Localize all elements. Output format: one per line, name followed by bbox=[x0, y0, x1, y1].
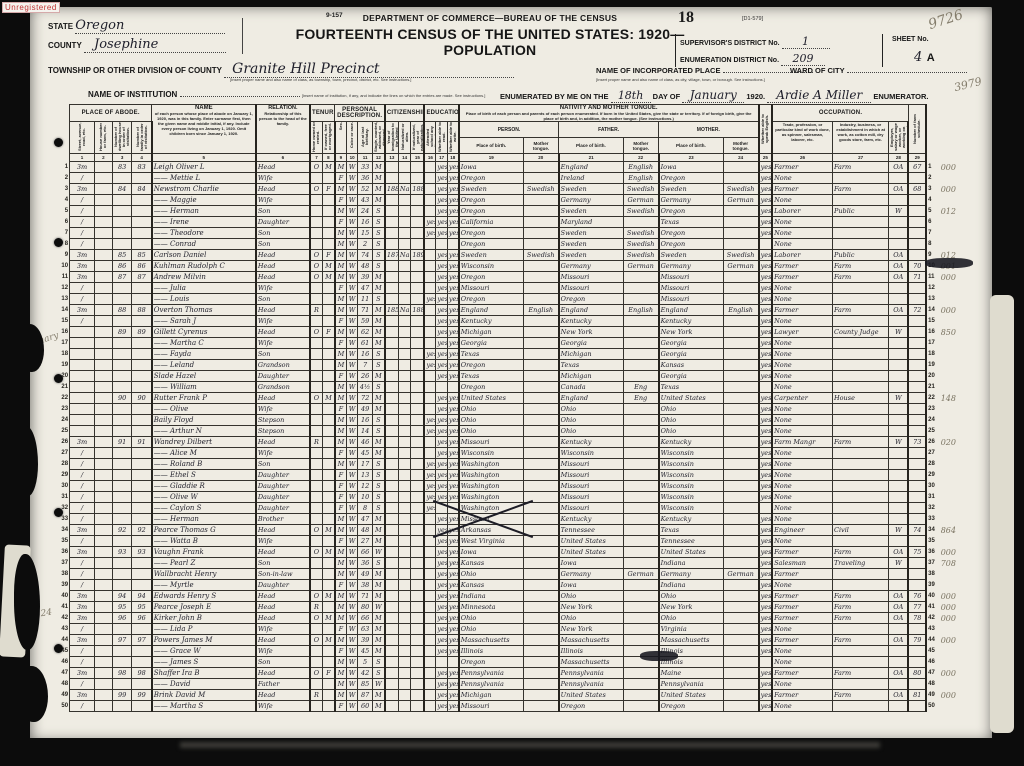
cell-col-6: Wife bbox=[256, 338, 310, 349]
cell-col-27 bbox=[832, 415, 888, 426]
cell-col-2 bbox=[95, 404, 113, 415]
cell-col-14 bbox=[398, 404, 410, 415]
cell-col-27: Farm bbox=[832, 162, 888, 173]
cell-col-26: Farmer bbox=[772, 591, 832, 602]
cell-col-22 bbox=[623, 635, 658, 646]
table-row: 30/—— Gladdie RDaughterFW12SyesyesyesWas… bbox=[55, 481, 967, 492]
cell-col-28 bbox=[889, 217, 909, 228]
cell-col-6: Son bbox=[256, 459, 310, 470]
line-number-right: 1 bbox=[926, 162, 940, 173]
cell-col-9: F bbox=[335, 701, 346, 712]
cell-col-6: Wife bbox=[256, 316, 310, 327]
cell-col-8: M bbox=[322, 393, 334, 404]
cell-col-29 bbox=[908, 679, 926, 690]
cell-col-26: None bbox=[772, 239, 832, 250]
cell-col-3: 91 bbox=[112, 437, 132, 448]
cell-col-28: OA bbox=[889, 635, 909, 646]
cell-col-9: M bbox=[335, 327, 346, 338]
cell-col-10: W bbox=[346, 349, 357, 360]
cell-col-2 bbox=[95, 206, 113, 217]
cell-col-18: yes bbox=[447, 459, 458, 470]
cell-col-14 bbox=[398, 338, 410, 349]
cell-col-1 bbox=[70, 360, 95, 371]
cell-col-23: Georgia bbox=[659, 349, 724, 360]
cell-col-27 bbox=[832, 569, 888, 580]
col-industry: Industry, business, or establishment in … bbox=[832, 122, 888, 154]
column-number: 17 bbox=[436, 154, 447, 162]
table-row: 28/—— Roland BSonMW17SyesyesyesWashingto… bbox=[55, 459, 967, 470]
line-number-right: 43 bbox=[926, 624, 940, 635]
cell-col-1: / bbox=[70, 558, 95, 569]
cell-col-13: 1871 bbox=[385, 250, 399, 261]
cell-col-29 bbox=[908, 338, 926, 349]
cell-col-26: None bbox=[772, 470, 832, 481]
cell-col-21: Germany bbox=[559, 195, 624, 206]
cell-col-20: Swedish bbox=[523, 184, 558, 195]
ward-label: WARD OF CITY bbox=[790, 66, 845, 75]
cell-col-5: —— Alice M bbox=[152, 448, 256, 459]
cell-col-11: 16 bbox=[358, 217, 373, 228]
table-row: 12/—— JuliaWifeFW47MyesyesMissouriMissou… bbox=[55, 283, 967, 294]
cell-col-10: W bbox=[346, 635, 357, 646]
cell-col-26: None bbox=[772, 580, 832, 591]
cell-col-21: Wisconsin bbox=[559, 448, 624, 459]
cell-col-24 bbox=[723, 492, 758, 503]
cell-col-29: 74 bbox=[908, 525, 926, 536]
pencil-margin-number bbox=[940, 646, 967, 657]
cell-col-1: / bbox=[70, 514, 95, 525]
cell-col-18: yes bbox=[447, 580, 458, 591]
cell-col-20 bbox=[523, 393, 558, 404]
pencil-margin-number bbox=[940, 657, 967, 668]
cell-col-23: Wisconsin bbox=[659, 470, 724, 481]
cell-col-18: yes bbox=[447, 338, 458, 349]
cell-col-20 bbox=[523, 195, 558, 206]
line-number-right: 3 bbox=[926, 184, 940, 195]
cell-col-19: Washington bbox=[459, 470, 524, 481]
cell-col-25: yes bbox=[759, 558, 773, 569]
column-number: 28 bbox=[889, 154, 909, 162]
cell-col-2 bbox=[95, 228, 113, 239]
cell-col-4 bbox=[132, 470, 152, 481]
cell-col-10: W bbox=[346, 316, 357, 327]
cell-col-3 bbox=[112, 470, 132, 481]
cell-col-2 bbox=[95, 382, 113, 393]
cell-col-24 bbox=[723, 415, 758, 426]
cell-col-16 bbox=[424, 602, 435, 613]
cell-col-12: M bbox=[372, 635, 385, 646]
cell-col-27 bbox=[832, 217, 888, 228]
cell-col-6: Head bbox=[256, 591, 310, 602]
cell-col-18: yes bbox=[447, 547, 458, 558]
cell-col-7 bbox=[310, 459, 322, 470]
cell-col-3 bbox=[112, 514, 132, 525]
cell-col-15 bbox=[411, 360, 425, 371]
cell-col-27: Civil bbox=[832, 525, 888, 536]
county-label: COUNTY bbox=[48, 41, 82, 50]
cell-col-2 bbox=[95, 580, 113, 591]
cell-col-29 bbox=[908, 195, 926, 206]
cell-col-12: M bbox=[372, 305, 385, 316]
cell-col-5: —— Theodore bbox=[152, 228, 256, 239]
group-nativity: NATIVITY AND MOTHER TONGUE.Place of birt… bbox=[459, 105, 759, 122]
cell-col-3 bbox=[112, 283, 132, 294]
cell-col-16: yes bbox=[424, 360, 435, 371]
cell-col-1: / bbox=[70, 580, 95, 591]
cell-col-20 bbox=[523, 668, 558, 679]
cell-col-14 bbox=[398, 261, 410, 272]
cell-col-9: F bbox=[335, 404, 346, 415]
cell-col-3 bbox=[112, 349, 132, 360]
cell-col-28 bbox=[889, 283, 909, 294]
cell-col-12: S bbox=[372, 217, 385, 228]
cell-col-3: 98 bbox=[112, 668, 132, 679]
cell-col-15 bbox=[411, 294, 425, 305]
cell-col-6: Head bbox=[256, 250, 310, 261]
cell-col-8: M bbox=[322, 547, 334, 558]
line-number-left: 50 bbox=[55, 701, 70, 712]
cell-col-17: yes bbox=[436, 184, 447, 195]
column-number: 10 bbox=[346, 154, 357, 162]
cell-col-4 bbox=[132, 206, 152, 217]
cell-col-26: Farmer bbox=[772, 184, 832, 195]
cell-col-6: Wife bbox=[256, 404, 310, 415]
cell-col-21: Germany bbox=[559, 569, 624, 580]
line-number-right: 27 bbox=[926, 448, 940, 459]
cell-col-10: W bbox=[346, 360, 357, 371]
cell-col-8 bbox=[322, 217, 334, 228]
cell-col-21: Ohio bbox=[559, 415, 624, 426]
cell-col-25: yes bbox=[759, 349, 773, 360]
cell-col-17: yes bbox=[436, 602, 447, 613]
cell-col-7: O bbox=[310, 261, 322, 272]
cell-col-10: W bbox=[346, 646, 357, 657]
pencil-margin-number bbox=[940, 470, 967, 481]
cell-col-17: yes bbox=[436, 250, 447, 261]
cell-col-16 bbox=[424, 338, 435, 349]
cell-col-16: yes bbox=[424, 426, 435, 437]
cell-col-26: Farmer bbox=[772, 261, 832, 272]
table-row: 15/—— Sarah JWifeFW59MyesyesKentuckyKent… bbox=[55, 316, 967, 327]
cell-col-15 bbox=[411, 448, 425, 459]
cell-col-19: Iowa bbox=[459, 162, 524, 173]
cell-col-24 bbox=[723, 701, 758, 712]
line-number-right: 47 bbox=[926, 668, 940, 679]
cell-col-28 bbox=[889, 338, 909, 349]
cell-col-17 bbox=[436, 239, 447, 250]
pencil-margin-number bbox=[940, 360, 967, 371]
scan-smudge bbox=[180, 742, 880, 748]
cell-col-6: Daughter bbox=[256, 217, 310, 228]
cell-col-1: 3m bbox=[70, 635, 95, 646]
cell-col-19: Oregon bbox=[459, 173, 524, 184]
cell-col-12: M bbox=[372, 283, 385, 294]
cell-col-15 bbox=[411, 239, 425, 250]
cell-col-6: Head bbox=[256, 613, 310, 624]
cell-col-5: —— Mettie L bbox=[152, 173, 256, 184]
cell-col-6: Daughter bbox=[256, 371, 310, 382]
pencil-margin-number bbox=[940, 404, 967, 415]
line-number-right: 16 bbox=[926, 327, 940, 338]
cell-col-7 bbox=[310, 536, 322, 547]
cell-col-11: 17 bbox=[358, 459, 373, 470]
cell-col-24 bbox=[723, 514, 758, 525]
cell-col-12: S bbox=[372, 459, 385, 470]
township-note: [Insert proper name and also name of cla… bbox=[230, 78, 520, 82]
cell-col-4 bbox=[132, 624, 152, 635]
cell-col-11: 5 bbox=[358, 657, 373, 668]
cell-col-28: W bbox=[889, 437, 909, 448]
ink-blot bbox=[925, 258, 973, 268]
cell-col-27: Farm bbox=[832, 602, 888, 613]
line-number-right: 45 bbox=[926, 646, 940, 657]
cell-col-16: yes bbox=[424, 459, 435, 470]
cell-col-11: 80 bbox=[358, 602, 373, 613]
cell-col-15 bbox=[411, 503, 425, 514]
cell-col-9: M bbox=[335, 272, 346, 283]
cell-col-5: Shaffer Ira B bbox=[152, 668, 256, 679]
group-education: EDUCATION. bbox=[424, 105, 458, 122]
cell-col-7 bbox=[310, 470, 322, 481]
cell-col-29 bbox=[908, 657, 926, 668]
cell-col-17: yes bbox=[436, 547, 447, 558]
cell-col-14 bbox=[398, 492, 410, 503]
cell-col-12: M bbox=[372, 448, 385, 459]
cell-col-8 bbox=[322, 514, 334, 525]
cell-col-25: yes bbox=[759, 492, 773, 503]
cell-col-4: 86 bbox=[132, 261, 152, 272]
cell-col-28 bbox=[889, 448, 909, 459]
census-scan-page: Unregistered STATE Oregon COUNTY Josephi… bbox=[0, 0, 1024, 766]
cell-col-14 bbox=[398, 327, 410, 338]
col-street: Street, avenue, road, etc. bbox=[70, 122, 95, 154]
cell-col-28: OA bbox=[889, 250, 909, 261]
cell-col-1: / bbox=[70, 492, 95, 503]
col-age: Age at last birthday. bbox=[358, 122, 373, 154]
cell-col-9: F bbox=[335, 580, 346, 591]
cell-col-1: 3m bbox=[70, 250, 95, 261]
cell-col-24: German bbox=[723, 261, 758, 272]
col-home-owned: Home owned or rented. bbox=[310, 122, 322, 154]
cell-col-20 bbox=[523, 261, 558, 272]
cell-col-4: 95 bbox=[132, 602, 152, 613]
cell-col-21: Germany bbox=[559, 261, 624, 272]
cell-col-4 bbox=[132, 481, 152, 492]
cell-col-2 bbox=[95, 525, 113, 536]
cell-col-25: yes bbox=[759, 481, 773, 492]
cell-col-9: M bbox=[335, 525, 346, 536]
group-place-of-abode: PLACE OF ABODE. bbox=[70, 105, 152, 122]
pencil-margin-number bbox=[940, 503, 967, 514]
cell-col-18: yes bbox=[447, 437, 458, 448]
cell-col-1: / bbox=[70, 239, 95, 250]
cell-col-15 bbox=[411, 536, 425, 547]
cell-col-29: 71 bbox=[908, 272, 926, 283]
cell-col-20 bbox=[523, 558, 558, 569]
cell-col-20 bbox=[523, 206, 558, 217]
group-citizenship: CITIZENSHIP. bbox=[385, 105, 425, 122]
cell-col-1: / bbox=[70, 701, 95, 712]
cell-col-3 bbox=[112, 657, 132, 668]
cell-col-15 bbox=[411, 613, 425, 624]
cell-col-5: Rutter Frank P bbox=[152, 393, 256, 404]
cell-col-9: M bbox=[335, 547, 346, 558]
cell-col-10: W bbox=[346, 283, 357, 294]
cell-col-8: M bbox=[322, 613, 334, 624]
line-number-left: 10 bbox=[55, 261, 70, 272]
cell-col-20 bbox=[523, 382, 558, 393]
cell-col-4: 97 bbox=[132, 635, 152, 646]
census-sheet-paper: STATE Oregon COUNTY Josephine 9-157 DEPA… bbox=[30, 6, 992, 742]
cell-col-4 bbox=[132, 382, 152, 393]
cell-col-20 bbox=[523, 272, 558, 283]
cell-col-19: Washington bbox=[459, 481, 524, 492]
cell-col-22 bbox=[623, 624, 658, 635]
cell-col-11: 60 bbox=[358, 701, 373, 712]
cell-col-29 bbox=[908, 569, 926, 580]
cell-col-9: F bbox=[335, 646, 346, 657]
pencil-margin-number: 000 bbox=[940, 272, 967, 283]
cell-col-3: 90 bbox=[112, 393, 132, 404]
cell-col-13 bbox=[385, 371, 399, 382]
cell-col-7: R bbox=[310, 602, 322, 613]
cell-col-22 bbox=[623, 481, 658, 492]
cell-col-7: O bbox=[310, 547, 322, 558]
cell-col-2 bbox=[95, 635, 113, 646]
cell-col-12: S bbox=[372, 228, 385, 239]
cell-col-7 bbox=[310, 701, 322, 712]
cell-col-22: English bbox=[623, 305, 658, 316]
cell-col-28 bbox=[889, 360, 909, 371]
cell-col-4 bbox=[132, 426, 152, 437]
cell-col-23: Wisconsin bbox=[659, 459, 724, 470]
cell-col-11: 8 bbox=[358, 503, 373, 514]
table-row: 403m9494Edwards Henry SHeadOMMW71Myesyes… bbox=[55, 591, 967, 602]
table-row: 13m8383Leigh Oliver LHeadOMMW33MyesyesIo… bbox=[55, 162, 967, 173]
township-value: Granite Hill Precinct bbox=[232, 61, 379, 77]
cell-col-8 bbox=[322, 569, 334, 580]
cell-col-10: W bbox=[346, 305, 357, 316]
cell-col-14 bbox=[398, 624, 410, 635]
cell-col-5: Vaughn Frank bbox=[152, 547, 256, 558]
cell-col-12: M bbox=[372, 591, 385, 602]
cell-col-5: —— Gladdie R bbox=[152, 481, 256, 492]
cell-col-13 bbox=[385, 404, 399, 415]
cell-col-16 bbox=[424, 283, 435, 294]
cell-col-26: None bbox=[772, 217, 832, 228]
cell-col-18: yes bbox=[447, 162, 458, 173]
cell-col-16 bbox=[424, 437, 435, 448]
cell-col-9: M bbox=[335, 349, 346, 360]
cell-col-12: M bbox=[372, 569, 385, 580]
cell-col-21: Sweden bbox=[559, 206, 624, 217]
cell-col-11: 45 bbox=[358, 646, 373, 657]
cell-col-9: F bbox=[335, 283, 346, 294]
cell-col-11: 26 bbox=[358, 371, 373, 382]
cell-col-9: M bbox=[335, 679, 346, 690]
cell-col-16: yes bbox=[424, 470, 435, 481]
cell-col-4 bbox=[132, 228, 152, 239]
cell-col-12: M bbox=[372, 371, 385, 382]
cell-col-3 bbox=[112, 206, 132, 217]
pencil-margin-number: 000 bbox=[940, 547, 967, 558]
cell-col-8: M bbox=[322, 162, 334, 173]
cell-col-20 bbox=[523, 547, 558, 558]
cell-col-12: S bbox=[372, 426, 385, 437]
cell-col-17: yes bbox=[436, 173, 447, 184]
cell-col-2 bbox=[95, 250, 113, 261]
cell-col-7: O bbox=[310, 327, 322, 338]
cell-col-28: W bbox=[889, 206, 909, 217]
cell-col-25: yes bbox=[759, 668, 773, 679]
cell-col-22 bbox=[623, 668, 658, 679]
column-number: 16 bbox=[424, 154, 435, 162]
pencil-margin-number: 020 bbox=[940, 437, 967, 448]
cell-col-28: OA bbox=[889, 690, 909, 701]
line-number-right: 14 bbox=[926, 305, 940, 316]
table-row: 23—— OliveWifeFW49MyesyesOhioOhioOhioyes… bbox=[55, 404, 967, 415]
supervisor-district-label: SUPERVISOR'S DISTRICT No. bbox=[680, 40, 780, 47]
group-occupation: OCCUPATION. bbox=[772, 105, 908, 122]
cell-col-20 bbox=[523, 624, 558, 635]
line-number-right: 5 bbox=[926, 206, 940, 217]
cell-col-15 bbox=[411, 195, 425, 206]
col-naturalized: Naturalized or alien. bbox=[398, 122, 410, 154]
cell-col-15 bbox=[411, 558, 425, 569]
cell-col-10: W bbox=[346, 382, 357, 393]
cell-col-27 bbox=[832, 338, 888, 349]
cell-col-16: yes bbox=[424, 481, 435, 492]
cell-col-6: Daughter bbox=[256, 580, 310, 591]
cell-col-23: Sweden bbox=[659, 250, 724, 261]
cell-col-10: W bbox=[346, 195, 357, 206]
cell-col-26: Farm Mangr bbox=[772, 437, 832, 448]
cell-col-23: Missouri bbox=[659, 283, 724, 294]
cell-col-9: M bbox=[335, 591, 346, 602]
cell-col-13 bbox=[385, 327, 399, 338]
pencil-margin-number: 000 bbox=[940, 162, 967, 173]
cell-col-9: F bbox=[335, 536, 346, 547]
cell-col-14 bbox=[398, 514, 410, 525]
pencil-margin-number bbox=[940, 701, 967, 712]
cell-col-19: Sweden bbox=[459, 250, 524, 261]
punch-hole bbox=[54, 138, 63, 147]
cell-col-9: M bbox=[335, 668, 346, 679]
cell-col-15 bbox=[411, 206, 425, 217]
pencil-margin-number bbox=[940, 382, 967, 393]
table-row: 263m9191Wandrey DilbertHeadRMW46MyesyesM… bbox=[55, 437, 967, 448]
cell-col-19: Oregon bbox=[459, 239, 524, 250]
cell-col-25 bbox=[759, 503, 773, 514]
cell-col-3 bbox=[112, 580, 132, 591]
table-row: 229090Rutter Frank PHeadOMMW72MyesyesUni… bbox=[55, 393, 967, 404]
cell-col-1: 3m bbox=[70, 437, 95, 448]
cell-col-29: 73 bbox=[908, 437, 926, 448]
cell-col-15 bbox=[411, 602, 425, 613]
cell-col-16 bbox=[424, 261, 435, 272]
cell-col-1 bbox=[70, 371, 95, 382]
cell-col-10: W bbox=[346, 459, 357, 470]
cell-col-8 bbox=[322, 646, 334, 657]
cell-col-9: F bbox=[335, 624, 346, 635]
cell-col-3 bbox=[112, 569, 132, 580]
table-row: 6/—— IreneDaughterFW16SyesyesyesCaliforn… bbox=[55, 217, 967, 228]
subgroup-mother: MOTHER. bbox=[659, 122, 759, 138]
cell-col-21: Kentucky bbox=[559, 437, 624, 448]
cell-col-8: F bbox=[322, 668, 334, 679]
cell-col-4: 92 bbox=[132, 525, 152, 536]
cell-col-5: —— Sarah J bbox=[152, 316, 256, 327]
